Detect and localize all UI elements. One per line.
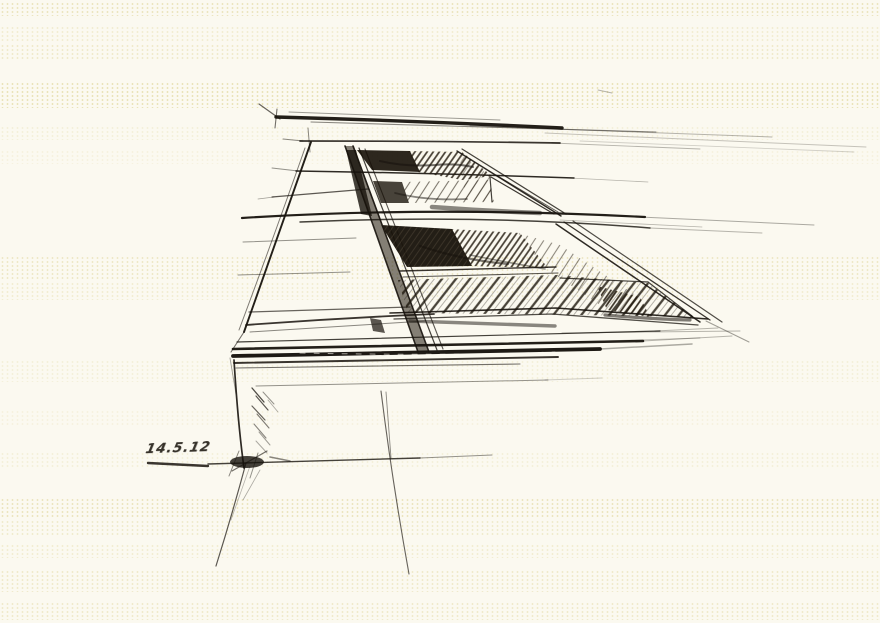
scanned-sketch-page: 14.5.12 bbox=[0, 0, 880, 623]
table-front-edge bbox=[233, 328, 732, 368]
handwritten-date-mark: 14.5.12 bbox=[144, 439, 212, 457]
transom-rails bbox=[242, 168, 814, 233]
perspective-table-sketch bbox=[0, 0, 880, 623]
table-apron bbox=[230, 358, 602, 468]
hatched-openings bbox=[357, 150, 694, 317]
table-legs bbox=[216, 391, 409, 574]
back-rail bbox=[259, 90, 866, 152]
